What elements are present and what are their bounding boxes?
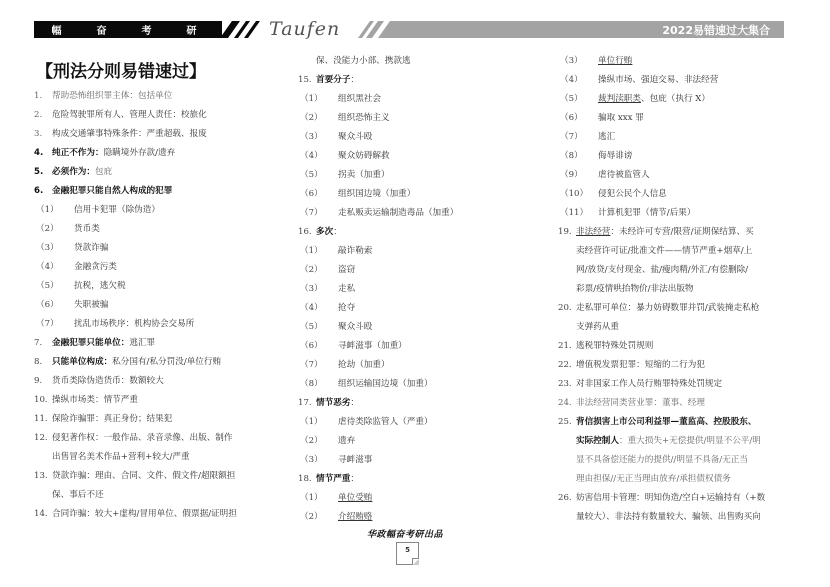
list-item: 16.多次： bbox=[298, 223, 548, 242]
brand-char: 幅 bbox=[34, 22, 79, 37]
sub-item: （3）单位行贿 bbox=[558, 52, 808, 71]
list-item: 6.金融犯罪只能自然人构成的犯罪 bbox=[34, 182, 289, 201]
list-item: 25.背信损害上市公司利益罪—董监高、控股股东、 bbox=[558, 413, 808, 432]
list-item-continuation: 理由担保//无正当理由放弃/承担债权债务 bbox=[558, 470, 808, 489]
sub-item: （6）骗取 xxx 罪 bbox=[558, 109, 808, 128]
page-number: 5 bbox=[405, 546, 410, 554]
list-item-continuation: 量较大）、非法持有数量较大、骗领、出售购买向 bbox=[558, 508, 808, 527]
sub-item: （2）货币类 bbox=[34, 220, 289, 239]
sub-item: （2）介绍贿赂 bbox=[298, 508, 548, 527]
list-item-continuation: 彩票/疫情哄抬物价/非法出版物 bbox=[558, 280, 808, 299]
sub-item: （8）侮辱诽谤 bbox=[558, 147, 808, 166]
brand-bar: 幅 奋 考 研 bbox=[34, 21, 222, 38]
brand-char: 考 bbox=[124, 22, 169, 37]
decorative-slash-icon bbox=[214, 21, 274, 38]
list-item: 2.危险驾驶罪所有人、管理人责任：校旅化 bbox=[34, 106, 289, 125]
list-item-continuation: 保、没能力小部、携款逃 bbox=[298, 52, 548, 71]
sub-item: （1）敲诈勒索 bbox=[298, 242, 548, 261]
page-number-badge: 5 bbox=[396, 542, 419, 565]
list-item: 21.逃税罪特殊处罚规则 bbox=[558, 337, 808, 356]
sub-item: （1）单位受贿 bbox=[298, 489, 548, 508]
list-item: 23.对非国家工作人员行贿罪特殊处罚规定 bbox=[558, 375, 808, 394]
list-item-continuation: 网/放贷/支付现金、盐/瘦肉精/外汇/有偿删除/ bbox=[558, 261, 808, 280]
sub-item: （8）组织运输国边境（加重） bbox=[298, 375, 548, 394]
header-title: 2022易错速过大集合 bbox=[662, 22, 770, 38]
list-item: 4.纯正不作为：隐瞒境外存款/遗弃 bbox=[34, 144, 289, 163]
list-item: 15.首要分子： bbox=[298, 71, 548, 90]
column-1: 【刑法分则易错速过】 1.帮助恐怖组织罪主体：包括单位 2.危险驾驶罪所有人、管… bbox=[34, 55, 289, 524]
page-fold-icon bbox=[412, 558, 419, 565]
brand-char: 奋 bbox=[79, 22, 124, 37]
sub-item: （3）寻衅滋事 bbox=[298, 451, 548, 470]
sub-item: （6）失职被骗 bbox=[34, 296, 289, 315]
list-item: 20.走私罪可单位：暴力妨碍数罪并罚/武装掩走私枪 bbox=[558, 299, 808, 318]
sub-item: （2）组织恐怖主义 bbox=[298, 109, 548, 128]
list-item: 8.只能单位构成：私分国有/私分罚没/单位行贿 bbox=[34, 353, 289, 372]
sub-item: （6）组织国边境（加重） bbox=[298, 185, 548, 204]
sub-item: （3）贷款诈骗 bbox=[34, 239, 289, 258]
list-item: 11.保险诈骗罪：真正身份；结果犯 bbox=[34, 410, 289, 429]
sub-item: （6）寻衅滋事（加重） bbox=[298, 337, 548, 356]
sub-item: （9）虐待被监管人 bbox=[558, 166, 808, 185]
sub-item: （5）抗税，逃欠税 bbox=[34, 277, 289, 296]
list-item: 5.必须作为：包庇 bbox=[34, 163, 289, 182]
list-item-continuation: 保、事后不还 bbox=[34, 486, 289, 505]
sub-item: （7）走私贩卖运输制造毒品（加重） bbox=[298, 204, 548, 223]
sub-item: （3）聚众斗殴 bbox=[298, 128, 548, 147]
list-item-continuation: 支弹药从重 bbox=[558, 318, 808, 337]
sub-item: （2）盗窃 bbox=[298, 261, 548, 280]
list-item-continuation: 卖经营许可证/批准文件——情节严重+烟草/上 bbox=[558, 242, 808, 261]
sub-item: （1）组织黑社会 bbox=[298, 90, 548, 109]
list-item-continuation: 实际控制人：重大损失+无偿提供/明显不公平/明 bbox=[558, 432, 808, 451]
list-item: 12.侵犯著作权：一般作品、录音录像、出版、制作 bbox=[34, 429, 289, 448]
brand-char: 研 bbox=[169, 22, 214, 37]
sub-item: （11）计算机犯罪（情节/后果） bbox=[558, 204, 808, 223]
list-item-continuation: 显不具备偿还能力的提供//明显不具备/无正当 bbox=[558, 451, 808, 470]
sub-item: （7）逃汇 bbox=[558, 128, 808, 147]
sub-item: （7）抢劫（加重） bbox=[298, 356, 548, 375]
sub-item: （4）操纵市场、强迫交易、非法经营 bbox=[558, 71, 808, 90]
list-item: 26.妨害信用卡管理：明知伪造/空白+运输持有（+数 bbox=[558, 489, 808, 508]
document-title: 【刑法分则易错速过】 bbox=[36, 61, 289, 83]
list-item: 1.帮助恐怖组织罪主体：包括单位 bbox=[34, 87, 289, 106]
title-bar: 2022易错速过大集合 bbox=[394, 21, 784, 38]
page-header: 幅 奋 考 研 Taufen 2022易错速过大集合 bbox=[34, 21, 784, 39]
list-item: 7.金融犯罪只能单位：逃汇罪 bbox=[34, 334, 289, 353]
sub-item: （7）扰乱市场秩序：机构协会交易所 bbox=[34, 315, 289, 334]
list-item: 13.贷款诈骗：理由、合同、文件、假文件/超限额担 bbox=[34, 467, 289, 486]
taufen-logo: Taufen bbox=[269, 18, 340, 40]
list-item: 14.合同诈骗：较大+虚构/冒用单位、假票据/证明担 bbox=[34, 505, 289, 524]
column-2: 保、没能力小部、携款逃 15.首要分子： （1）组织黑社会 （2）组织恐怖主义 … bbox=[298, 52, 548, 527]
sub-item: （10）侵犯公民个人信息 bbox=[558, 185, 808, 204]
sub-item: （1）虐待类除监管人（严重） bbox=[298, 413, 548, 432]
list-item: 3.构成交通肇事特殊条件：严重超载、报废 bbox=[34, 125, 289, 144]
list-item: 24.非法经营同类营业罪：董事、经理 bbox=[558, 394, 808, 413]
list-item: 10.操纵市场类：情节严重 bbox=[34, 391, 289, 410]
sub-item: （1）信用卡犯罪（除伪造） bbox=[34, 201, 289, 220]
list-item: 9.货币类除伪造货币：数额较大 bbox=[34, 372, 289, 391]
sub-item: （4）聚众妨碍解救 bbox=[298, 147, 548, 166]
list-item: 19.非法经营：未经许可专营/限营/证期保结算、买 bbox=[558, 223, 808, 242]
sub-item: （3）走私 bbox=[298, 280, 548, 299]
list-item: 18.情节严重： bbox=[298, 470, 548, 489]
sub-item: （5）裁判渎职类、包庇（执行 X） bbox=[558, 90, 808, 109]
list-item-continuation: 出售冒名美术作品+营利+较大/严重 bbox=[34, 448, 289, 467]
column-3: （3）单位行贿 （4）操纵市场、强迫交易、非法经营 （5）裁判渎职类、包庇（执行… bbox=[558, 52, 808, 527]
sub-item: （2）遗弃 bbox=[298, 432, 548, 451]
sub-item: （5）拐卖（加重） bbox=[298, 166, 548, 185]
list-item: 22.增值税发票犯罪：短缩的二行为犯 bbox=[558, 356, 808, 375]
sub-item: （4）抢夺 bbox=[298, 299, 548, 318]
footer-brand: 华政幅奋考研出品 bbox=[367, 527, 443, 540]
sub-item: （4）金融贪污类 bbox=[34, 258, 289, 277]
list-item: 17.情节恶劣： bbox=[298, 394, 548, 413]
sub-item: （5）聚众斗殴 bbox=[298, 318, 548, 337]
